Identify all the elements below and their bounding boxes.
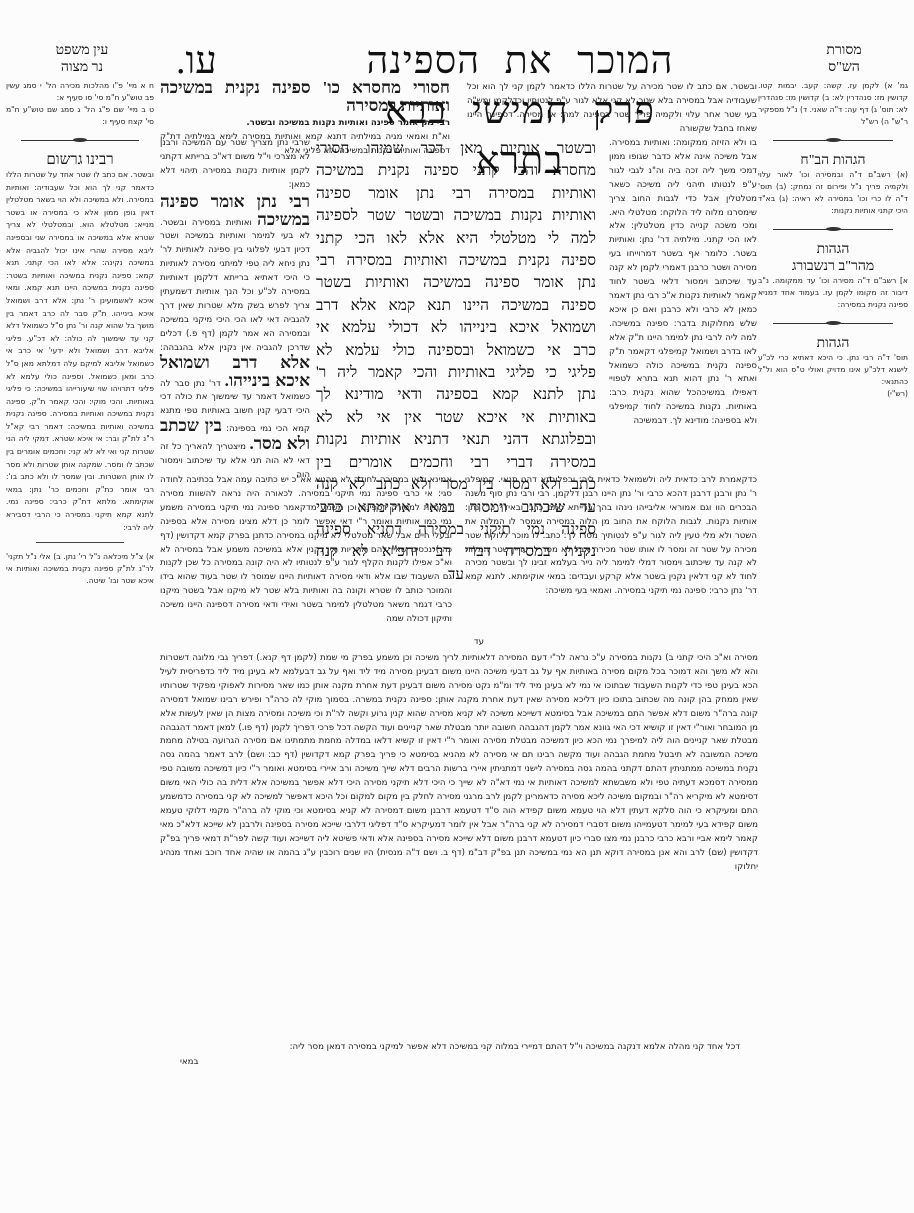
footnote-mark: (רש"י): [758, 388, 908, 400]
gemara-line: ספינה נקנית במשיכה ואותיות במסירה רבי: [316, 250, 596, 272]
gemara-line: נתן אומר ספינה במשיכה ואותיות בשטר: [316, 272, 596, 294]
ein-mishpat-entry-1: ח א מיי' פ"ו מהלכות מכירה הל' י סמג עשין…: [6, 80, 154, 104]
left-footnotes: א) צ"ל מיכלאה נ"ל רי' נתן. ב) אלי נ"ל תק…: [6, 551, 154, 587]
rabbeinu-gershom-text: ובשטר. אם כתב לו שטר אחד על שטרות הללו כ…: [6, 169, 154, 534]
masoret-title-line2: הש"ס: [804, 59, 884, 76]
tosafot-middle: אמינא ודאי במסירה לחודה לא מהניא אא"כ יש…: [160, 474, 452, 627]
tosafot-catchword: במאי: [180, 1056, 198, 1070]
gemara-line: במסירה דברי רבי וחכמים אומרים בין: [316, 452, 596, 474]
bach-text: (א) רשב"ם ד"ה ובמסירה וכו' לאור עלוי ולק…: [758, 169, 908, 217]
ranshburg-title-2: מהר"ב רנשבורג: [758, 258, 908, 275]
ornamental-divider: [758, 225, 908, 233]
rashbam-catchword: עד: [474, 636, 484, 650]
ornamental-divider: [758, 136, 908, 144]
gemara-line: ובשטר אותיות מאן דכר שמיהו חסורי: [316, 138, 596, 160]
ornamental-divider: [758, 319, 908, 327]
rashbam-bottom: כדקאמרת לרב כדאית ליה ולשמואל כדאית ליה:…: [465, 474, 757, 599]
masoret-title-line1: מסורת: [804, 42, 884, 59]
gemara-line: פליגי כי פליגי באותיות והכי קאמר ליה ר': [316, 362, 596, 384]
right-margin: גמ' א) לקמן עז. קשה: קעב. יבמות קטו. קדו…: [758, 80, 908, 400]
gemara-line: ספינה במשיכה היינו תנא קמא אלא דרב: [316, 295, 596, 317]
gemara-line: ושמואל איכא בינייהו לא דכולי עלמא אי: [316, 317, 596, 339]
ein-mishpat-title-line2: נר מצוה: [42, 59, 122, 76]
hagahot-title: הגהות: [758, 335, 908, 352]
gemara-line: למה לי מטלטלי היא אלא לאו הכי קתני: [316, 228, 596, 250]
rashbam-top: ובשטר. אם כתב לו שטר מכירה על שטרות הללו…: [467, 81, 757, 137]
tosafot-inner-text: שרבי נתן מצריך שטר עם המשיכה ורבנן לא מצ…: [160, 138, 310, 190]
tosafot-heading-1: חסורי מחסרא כו' ספינה נקנית במשיכה ואותי…: [160, 81, 450, 117]
tosafot-last-line: דכל אחד קני מהלה אלמא דנקנה במשיכה וי"ל …: [180, 1041, 740, 1055]
gemara-line: מחסרא והכי קתני ספינה נקנית במשיכה: [316, 160, 596, 182]
left-margin: ח א מיי' פ"ו מהלכות מכירה הל' י סמג עשין…: [6, 80, 154, 587]
footnote-divider: [36, 542, 124, 543]
hagahot-text: תוס' ד"ה רבי נתן. כי היכא דאתיא כרי לכ"ע…: [758, 352, 908, 388]
ein-mishpat-title-line1: עין משפט: [42, 42, 122, 59]
tosafot-dh1: חסורי מחסרא כו' ספינה נקנית במשיכה ואותי…: [160, 78, 450, 115]
gemara-line: באותיות אי איכא שטר אין אי לא לא: [316, 407, 596, 429]
gemara-line: ואותיות במסירה רבי נתן אומר ספינה: [316, 183, 596, 205]
rashbam-column: בו ולא הזיזה ממקומה: ואותיות במסירה. אבל…: [609, 137, 757, 429]
tosafot-heading-2: רבי נתן אומר ספינה ואותיות נקנות במשיכה …: [160, 117, 450, 131]
gemara-line: ואותיות נקנות במשיכה ובשטר שטר לספינה: [316, 205, 596, 227]
ranshburg-title-1: הגהות: [758, 241, 908, 258]
masoret-hashas-text: גמ' א) לקמן עז. קשה: קעב. יבמות קטו. קדו…: [758, 80, 908, 128]
masoret-hashas-title: מסורת הש"ס: [804, 42, 884, 76]
gemara-line: ובפלוגתא דהני תנאי דתניא אותיות נקנות: [316, 429, 596, 451]
ranshburg-text: א] רשב"ם ד"ה מסירה וכו' עד ממקומה. נ"ב ד…: [758, 275, 908, 311]
ein-mishpat-entry-2: ט ב מיי' שם פ"ג הל' ג סמג שם טוש"ע ח"מ ס…: [6, 104, 154, 128]
gemara-line: כרב אי כשמואל ובספינה כולי עלמא לא: [316, 340, 596, 362]
rabbeinu-gershom-title: רבינו גרשום: [6, 152, 154, 169]
tosafot-column: שרבי נתן מצריך שטר עם המשיכה ורבנן לא מצ…: [160, 137, 310, 483]
tosafot-wide: מסירה וא"כ היכי קתני ב) נקנות במסירה ע"כ…: [160, 652, 758, 875]
ornamental-divider: [6, 136, 154, 144]
tosafot-dh2-text: ואותיות במסירה ובשטר. לא בעי למימר ואותי…: [160, 218, 310, 353]
ein-mishpat-title: עין משפט נר מצוה: [42, 42, 122, 76]
bach-title: הגהות הב"ח: [758, 152, 908, 169]
gemara-line: נתן לתנא קמא בספינה ודאי מודינא לך: [316, 384, 596, 406]
